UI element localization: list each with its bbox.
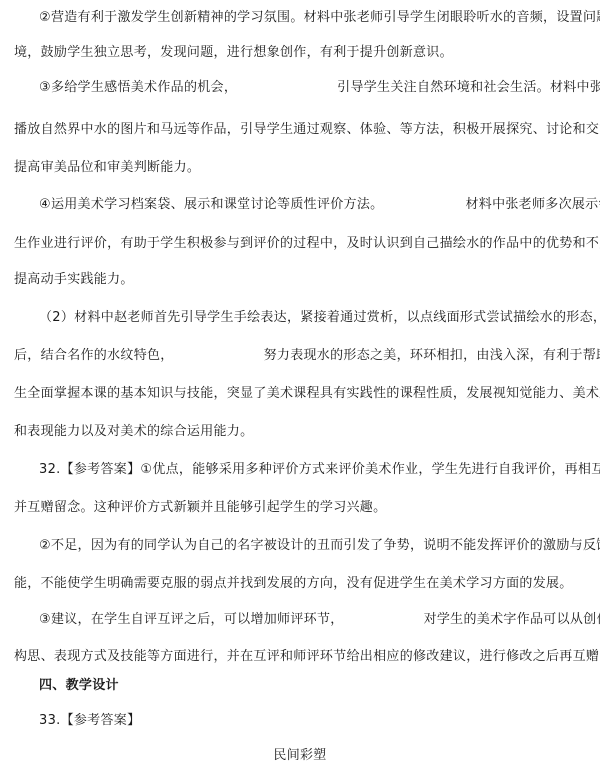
- paragraph-line: ③建议，在学生自评互评之后，可以增加师评环节，对学生的美术字作品可以从创作: [39, 612, 586, 628]
- paragraph-line: 并互赠留念。这种评价方式新颖并且能够引起学生的学习兴趣。: [14, 500, 586, 516]
- paragraph-text: 对学生的美术字作品可以从创作: [424, 612, 600, 627]
- paragraph-text: 后，结合名作的水纹特色，: [14, 348, 174, 363]
- paragraph-line: 生全面掌握本课的基本知识与技能，突显了美术课程具有实践性的课程性质，发展视知觉能…: [14, 386, 586, 402]
- paragraph-line: 生作业进行评价，有助于学生积极参与到评价的过程中，及时认识到自己描绘水的作品中的…: [14, 236, 586, 252]
- paragraph-line: 和表现能力以及对美术的综合运用能力。: [14, 424, 586, 440]
- paragraph-line: ③多给学生感悟美术作品的机会，引导学生关注自然环境和社会生活。材料中张老师: [39, 80, 586, 96]
- section-heading: 四、教学设计: [39, 678, 586, 694]
- answer-label: 33.【参考答案】: [39, 713, 586, 729]
- paragraph-text: 努力表现水的形态之美，环环相扣，由浅入深，有利于帮助学: [264, 348, 600, 363]
- paragraph-line: 播放自然界中水的图片和马远等作品，引导学生通过观察、体验、等方法，积极开展探究、…: [14, 122, 586, 138]
- paragraph-line: （2）材料中赵老师首先引导学生手绘表达，紧接着通过赏析，以点线面形式尝试描绘水的…: [39, 310, 586, 326]
- paragraph-line: ②不足，因为有的同学认为自己的名字被设计的丑而引发了争势，说明不能发挥评价的激励…: [39, 538, 586, 554]
- paragraph-text: 材料中张老师多次展示学: [465, 197, 600, 212]
- paragraph-line: 构思、表现方式及技能等方面进行，并在互评和师评环节给出相应的修改建议，进行修改之…: [14, 649, 586, 665]
- paragraph-line: 境，鼓励学生独立思考，发现问题，进行想象创作，有利于提升创新意识。: [14, 45, 586, 61]
- paragraph-text: ③建议，在学生自评互评之后，可以增加师评环节，: [39, 612, 344, 627]
- paragraph-line: 提高审美品位和审美判断能力。: [14, 160, 586, 176]
- paragraph-line: 提高动手实践能力。: [14, 272, 586, 288]
- paragraph-text: ③多给学生感悟美术作品的机会，: [39, 80, 237, 95]
- paragraph-line: ④运用美术学习档案袋、展示和课堂讨论等质性评价方法。材料中张老师多次展示学: [39, 197, 586, 213]
- lesson-title: 民间彩塑: [0, 748, 600, 764]
- paragraph-line: 32.【参考答案】①优点，能够采用多种评价方式来评价美术作业，学生先进行自我评价…: [39, 462, 586, 478]
- paragraph-line: 能，不能使学生明确需要克服的弱点并找到发展的方向，没有促进学生在美术学习方面的发…: [14, 576, 586, 592]
- document-page: ②营造有利于激发学生创新精神的学习氛围。材料中张老师引导学生闭眼聆听水的音频，设…: [0, 0, 600, 770]
- paragraph-text: ④运用美术学习档案袋、展示和课堂讨论等质性评价方法。: [39, 197, 383, 212]
- paragraph-line: ②营造有利于激发学生创新精神的学习氛围。材料中张老师引导学生闭眼聆听水的音频，设…: [39, 10, 586, 26]
- paragraph-text: 引导学生关注自然环境和社会生活。材料中张老师: [337, 80, 600, 95]
- paragraph-line: 后，结合名作的水纹特色，努力表现水的形态之美，环环相扣，由浅入深，有利于帮助学: [14, 348, 586, 364]
